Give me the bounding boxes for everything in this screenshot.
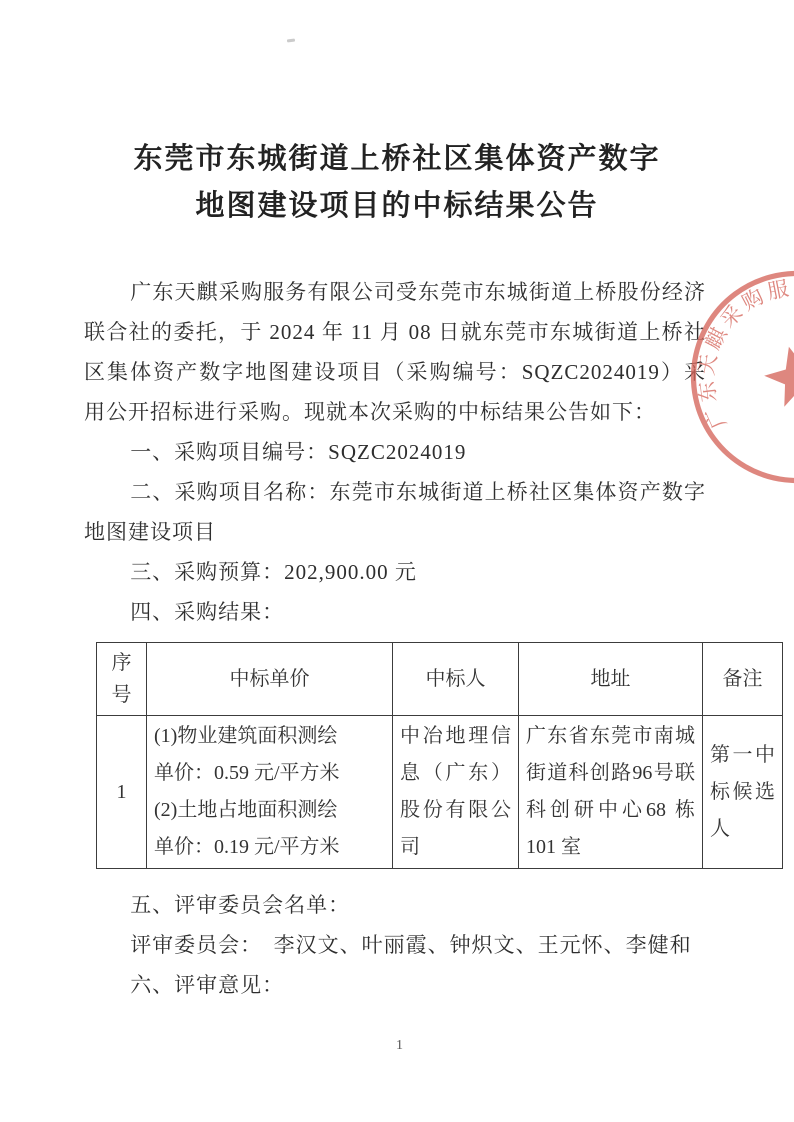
document-title: 东莞市东城街道上桥社区集体资产数字 地图建设项目的中标结果公告 — [0, 0, 794, 230]
header-address: 地址 — [519, 643, 703, 716]
document-title-line1: 东莞市东城街道上桥社区集体资产数字 — [0, 136, 794, 183]
intro-paragraph: 广东天麒采购服务有限公司受东莞市东城街道上桥股份经济联合社的委托，于 2024 … — [84, 272, 706, 432]
cell-address: 广东省东莞市南城街道科创路96号联科创研中心68 栋 101 室 — [519, 716, 703, 869]
cell-serial-number: 1 — [97, 716, 147, 869]
document-body: 广东天麒采购服务有限公司受东莞市东城街道上桥股份经济联合社的委托，于 2024 … — [84, 272, 706, 1005]
clause-budget: 三、采购预算：202,900.00 元 — [84, 552, 706, 592]
page-number: 1 — [396, 1038, 403, 1054]
clause-result: 四、采购结果： — [84, 592, 706, 632]
header-serial-number: 序号 — [97, 643, 147, 716]
clause-project-number: 一、采购项目编号：SQZC2024019 — [84, 432, 706, 472]
clause-project-name: 二、采购项目名称：东莞市东城街道上桥社区集体资产数字地图建设项目 — [84, 472, 706, 552]
committee-members: 评审委员会： 李汉文、叶丽霞、钟炽文、王元怀、李健和 — [84, 925, 706, 965]
header-winning-bidder: 中标人 — [393, 643, 519, 716]
document-title-line2: 地图建设项目的中标结果公告 — [0, 183, 794, 230]
cell-remark: 第一中标候选人 — [703, 716, 783, 869]
document-page: 东莞市东城街道上桥社区集体资产数字 地图建设项目的中标结果公告 广东天麒采购服务… — [0, 0, 794, 1122]
cell-winning-bidder: 中冶地理信息（广东）股份有限公司 — [393, 716, 519, 869]
clause-review-opinion: 六、评审意见： — [84, 965, 706, 1005]
table-header-row: 序号 中标单价 中标人 地址 备注 — [97, 643, 783, 716]
cell-bid-unit-price: (1)物业建筑面积测绘 单价：0.59 元/平方米 (2)土地占地面积测绘 单价… — [147, 716, 393, 869]
header-bid-unit-price: 中标单价 — [147, 643, 393, 716]
clause-committee-list: 五、评审委员会名单： — [84, 885, 706, 925]
table-row: 1 (1)物业建筑面积测绘 单价：0.59 元/平方米 (2)土地占地面积测绘 … — [97, 716, 783, 869]
bid-result-table: 序号 中标单价 中标人 地址 备注 1 (1)物业建筑面积测绘 单价：0.59 … — [96, 642, 783, 869]
header-remark: 备注 — [703, 643, 783, 716]
seal-star-icon — [759, 339, 794, 410]
